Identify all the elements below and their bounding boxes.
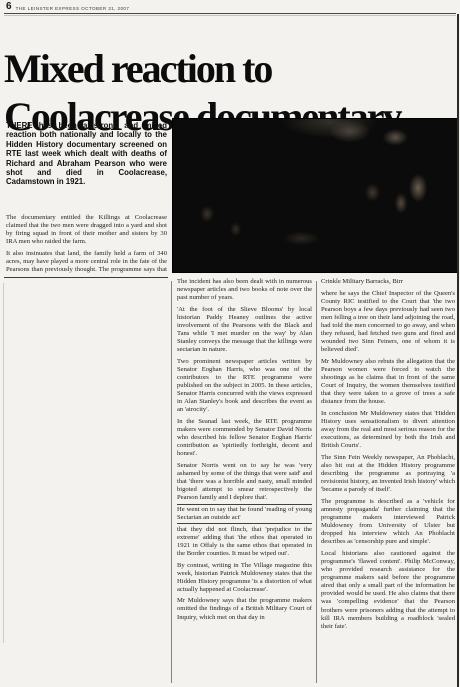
column-middle: The incident has also been dealt with in…	[177, 278, 312, 683]
article-paragraph: Two prominent newspaper articles written…	[177, 358, 312, 415]
left-column-rule	[4, 277, 168, 278]
article-photo	[172, 118, 459, 273]
article-paragraph: 'At the foot of the Slieve Blooms' by lo…	[177, 306, 312, 355]
article-paragraph: that they did not flinch, that 'prejudic…	[177, 526, 312, 558]
masthead: 6 THE LEINSTER EXPRESS OCTOBER 31, 2007	[6, 2, 450, 12]
article-paragraph: In the Seanad last week, the RTE program…	[177, 418, 312, 458]
article-paragraph: Crinkle Military Barracks, Birr	[321, 278, 455, 286]
headline-line-1: Mixed reaction to	[4, 45, 458, 93]
article-paragraph: Senator Norris went on to say he was 've…	[177, 462, 312, 502]
article-paragraph: By contrast, writing in The Village maga…	[177, 562, 312, 594]
article-paragraph: Mr Muldowney says that the programme mak…	[177, 597, 312, 621]
column-divider-1	[171, 281, 172, 683]
masthead-rule	[4, 13, 456, 14]
article-paragraph: Local historians also cautioned against …	[321, 550, 455, 631]
article-paragraph: He went on to say that he found 'reading…	[177, 506, 312, 522]
article-paragraph: It also insinuates that land, the family…	[6, 250, 167, 274]
newspaper-page: 6 THE LEINSTER EXPRESS OCTOBER 31, 2007 …	[0, 0, 460, 687]
column-left: The documentary entitled the Killings at…	[6, 214, 167, 274]
article-paragraph: The programme is described as a 'vehicle…	[321, 498, 455, 547]
article-paragraph: where he says the Chief Inspector of the…	[321, 290, 455, 355]
page-number: 6	[6, 2, 12, 12]
left-edge-rule	[3, 283, 4, 643]
article-paragraph: The Sinn Fein Weekly newspaper, An Phobl…	[321, 454, 455, 494]
article-paragraph: The documentary entitled the Killings at…	[6, 214, 167, 246]
article-paragraph: In conclusion Mr Muldowney states that '…	[321, 410, 455, 450]
masthead-title: THE LEINSTER EXPRESS OCTOBER 31, 2007	[16, 6, 130, 12]
masthead-rule-shadow	[4, 15, 456, 16]
lead-paragraph: THERE has been a strong and mixed reacti…	[6, 121, 167, 187]
page-edge-rule	[457, 14, 459, 687]
column-divider-2	[316, 281, 317, 683]
article-paragraph: The incident has also been dealt with in…	[177, 278, 312, 302]
article-paragraph: Mr Muldowney also rebuts the allegation …	[321, 358, 455, 407]
column-right: Crinkle Military Barracks, Birrwhere he …	[321, 278, 455, 683]
